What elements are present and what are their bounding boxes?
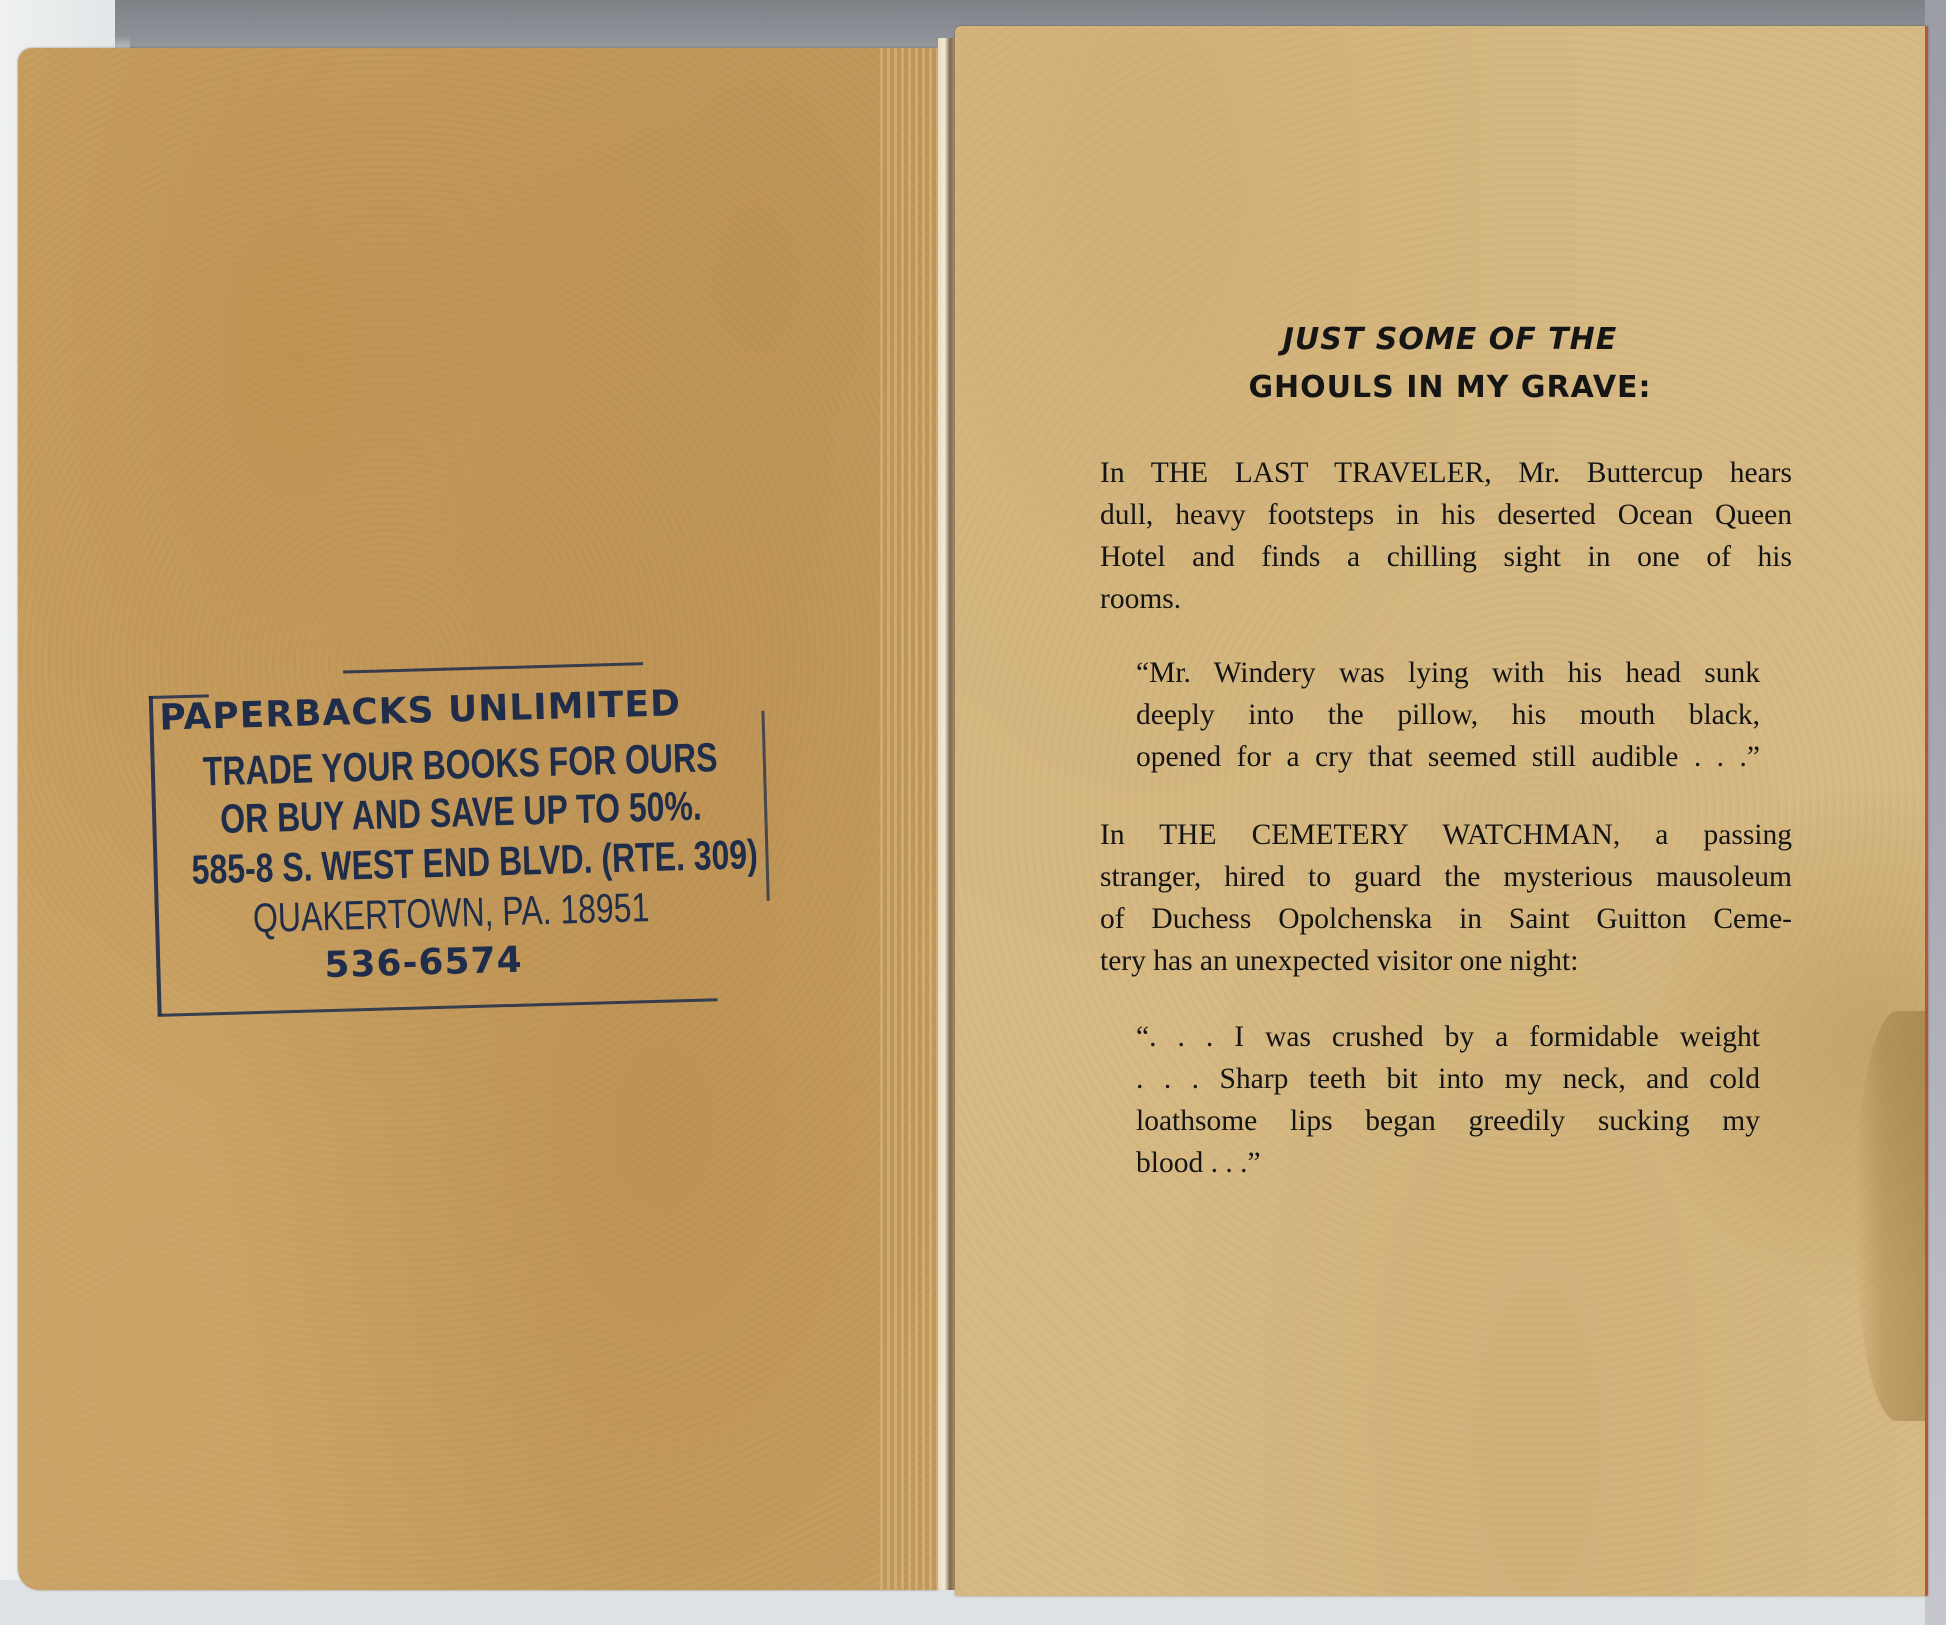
right-page <box>955 26 1928 1596</box>
text-line: loathsome lips began greedily sucking my <box>1136 1100 1760 1142</box>
text-line: tery has an unexpected visitor one night… <box>1100 940 1792 982</box>
background-surface-right <box>1925 0 1946 1625</box>
text-line: . . . Sharp teeth bit into my neck, and … <box>1136 1058 1760 1100</box>
stamp-phone: 536-6574 <box>324 940 523 987</box>
stamp-city: QUAKERTOWN, PA. 18951 <box>252 884 650 942</box>
text-line: “. . . I was crushed by a formidable wei… <box>1136 1016 1760 1058</box>
text-line: In THE LAST TRAVELER, Mr. Buttercup hear… <box>1100 452 1792 494</box>
page-heading-line-2: GHOULS IN MY GRAVE: <box>1130 370 1770 405</box>
paragraph-last-traveler: In THE LAST TRAVELER, Mr. Buttercup hear… <box>1100 452 1792 620</box>
stamp-border <box>761 711 769 901</box>
page-heading-line-1: JUST SOME OF THE <box>1130 322 1770 357</box>
text-line: deeply into the pillow, his mouth black, <box>1136 694 1760 736</box>
text-line: “Mr. Windery was lying with his head sun… <box>1136 652 1760 694</box>
paragraph-cemetery-watchman: In THE CEMETERY WATCHMAN, a passing stra… <box>1100 814 1792 982</box>
water-stain <box>1855 1011 1925 1421</box>
stamp-store-name: PAPERBACKS UNLIMITED <box>159 683 682 739</box>
text-line: blood . . .” <box>1136 1142 1760 1184</box>
quote-cemetery-watchman: “. . . I was crushed by a formidable wei… <box>1136 1016 1760 1184</box>
text-line: dull, heavy footsteps in his deserted Oc… <box>1100 494 1792 536</box>
quote-last-traveler: “Mr. Windery was lying with his head sun… <box>1136 652 1760 778</box>
text-line: of Duchess Opolchenska in Saint Guitton … <box>1100 898 1792 940</box>
text-line: Hotel and finds a chilling sight in one … <box>1100 536 1792 578</box>
text-line: rooms. <box>1100 578 1792 620</box>
stamp-border <box>343 662 643 673</box>
text-line: stranger, hired to guard the mysterious … <box>1100 856 1792 898</box>
text-line: opened for a cry that seemed still audib… <box>1136 736 1760 778</box>
page-edge <box>880 48 940 1590</box>
bookstore-stamp: PAPERBACKS UNLIMITED TRADE YOUR BOOKS FO… <box>148 651 778 1018</box>
text-line: In THE CEMETERY WATCHMAN, a passing <box>1100 814 1792 856</box>
